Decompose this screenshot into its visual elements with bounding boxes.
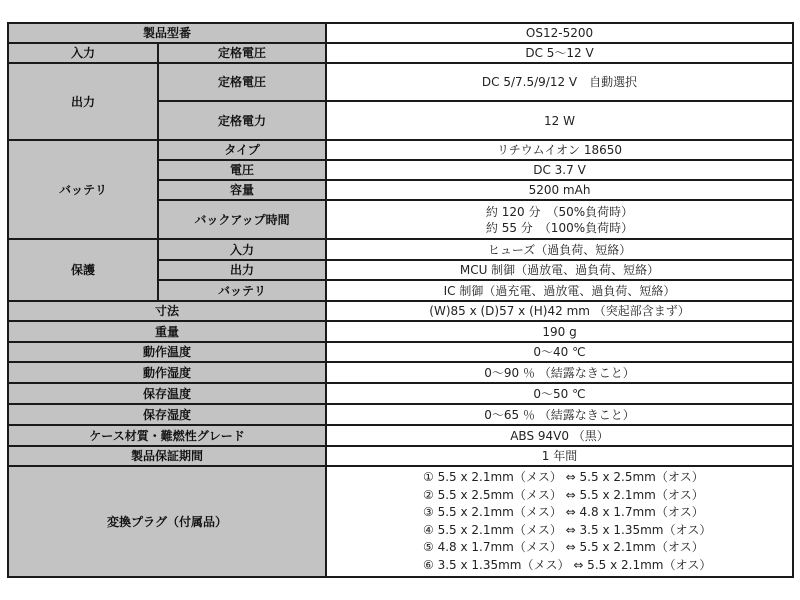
value-battery-capacity: 5200 mAh [326, 180, 793, 200]
label-output-rated-voltage: 定格電圧 [158, 63, 326, 101]
label-model: 製品型番 [8, 23, 326, 43]
group-protection: 保護 [8, 239, 158, 301]
label-battery-voltage: 電圧 [158, 160, 326, 180]
label-operating-humidity: 動作湿度 [8, 362, 326, 383]
plug-item-2: ② 5.5 x 2.5mm（メス） ⇔ 5.5 x 2.1mm（オス） [423, 487, 792, 505]
label-protection-output: 出力 [158, 260, 326, 280]
value-warranty: 1 年間 [326, 446, 793, 466]
value-storage-temp: 0〜50 ℃ [326, 383, 793, 404]
label-battery-type: タイプ [158, 140, 326, 160]
value-model: OS12-5200 [326, 23, 793, 43]
row-plugs: 変換プラグ（付属品） ① 5.5 x 2.1mm（メス） ⇔ 5.5 x 2.5… [8, 466, 793, 577]
value-plugs: ① 5.5 x 2.1mm（メス） ⇔ 5.5 x 2.5mm（オス） ② 5.… [326, 466, 793, 577]
label-warranty: 製品保証期間 [8, 446, 326, 466]
group-output: 出力 [8, 63, 158, 140]
value-operating-temp: 0〜40 ℃ [326, 342, 793, 362]
label-operating-temp: 動作温度 [8, 342, 326, 362]
value-dimensions: (W)85 x (D)57 x (H)42 mm （突起部含まず） [326, 301, 793, 321]
label-plugs: 変換プラグ（付属品） [8, 466, 326, 577]
row-battery-type: バッテリ タイプ リチウムイオン 18650 [8, 140, 793, 160]
row-operating-temp: 動作温度 0〜40 ℃ [8, 342, 793, 362]
row-operating-humidity: 動作湿度 0〜90 ％ （結露なきこと） [8, 362, 793, 383]
label-storage-temp: 保存温度 [8, 383, 326, 404]
spec-table: 製品型番 OS12-5200 入力 定格電圧 DC 5〜12 V 出力 定格電圧… [7, 22, 794, 578]
row-output-rated-voltage: 出力 定格電圧 DC 5/7.5/9/12 V 自動選択 [8, 63, 793, 101]
value-case-material: ABS 94V0 （黒） [326, 425, 793, 446]
value-protection-input: ヒューズ（過負荷、短絡） [326, 239, 793, 260]
group-input: 入力 [8, 43, 158, 63]
label-case-material: ケース材質・難燃性グレード [8, 425, 326, 446]
value-output-rated-voltage: DC 5/7.5/9/12 V 自動選択 [326, 63, 793, 101]
value-weight: 190 g [326, 321, 793, 342]
row-input-rated-voltage: 入力 定格電圧 DC 5〜12 V [8, 43, 793, 63]
label-dimensions: 寸法 [8, 301, 326, 321]
backup-line-50: 約 120 分 （50%負荷時） [327, 204, 792, 220]
value-operating-humidity: 0〜90 ％ （結露なきこと） [326, 362, 793, 383]
label-protection-input: 入力 [158, 239, 326, 260]
label-weight: 重量 [8, 321, 326, 342]
value-battery-backup: 約 120 分 （50%負荷時） 約 55 分 （100%負荷時） [326, 200, 793, 239]
plug-item-6: ⑥ 3.5 x 1.35mm（メス） ⇔ 5.5 x 2.1mm（オス） [423, 557, 792, 575]
value-input-rated-voltage: DC 5〜12 V [326, 43, 793, 63]
value-output-rated-power: 12 W [326, 101, 793, 140]
label-input-rated-voltage: 定格電圧 [158, 43, 326, 63]
label-storage-humidity: 保存湿度 [8, 404, 326, 425]
label-battery-capacity: 容量 [158, 180, 326, 200]
row-weight: 重量 190 g [8, 321, 793, 342]
label-battery-backup: バックアップ時間 [158, 200, 326, 239]
plug-item-4: ④ 5.5 x 2.1mm（メス） ⇔ 3.5 x 1.35mm（オス） [423, 522, 792, 540]
plug-item-5: ⑤ 4.8 x 1.7mm（メス） ⇔ 5.5 x 2.1mm（オス） [423, 539, 792, 557]
row-protection-input: 保護 入力 ヒューズ（過負荷、短絡） [8, 239, 793, 260]
row-case-material: ケース材質・難燃性グレード ABS 94V0 （黒） [8, 425, 793, 446]
group-battery: バッテリ [8, 140, 158, 239]
value-protection-battery: IC 制御（過充電、過放電、過負荷、短絡） [326, 280, 793, 301]
label-protection-battery: バッテリ [158, 280, 326, 301]
value-protection-output: MCU 制御（過放電、過負荷、短絡） [326, 260, 793, 280]
row-warranty: 製品保証期間 1 年間 [8, 446, 793, 466]
plug-item-1: ① 5.5 x 2.1mm（メス） ⇔ 5.5 x 2.5mm（オス） [423, 469, 792, 487]
row-dimensions: 寸法 (W)85 x (D)57 x (H)42 mm （突起部含まず） [8, 301, 793, 321]
plug-item-3: ③ 5.5 x 2.1mm（メス） ⇔ 4.8 x 1.7mm（オス） [423, 504, 792, 522]
backup-line-100: 約 55 分 （100%負荷時） [327, 220, 792, 236]
value-battery-voltage: DC 3.7 V [326, 160, 793, 180]
value-storage-humidity: 0〜65 ％ （結露なきこと） [326, 404, 793, 425]
row-storage-humidity: 保存湿度 0〜65 ％ （結露なきこと） [8, 404, 793, 425]
label-output-rated-power: 定格電力 [158, 101, 326, 140]
value-battery-type: リチウムイオン 18650 [326, 140, 793, 160]
row-model: 製品型番 OS12-5200 [8, 23, 793, 43]
row-storage-temp: 保存温度 0〜50 ℃ [8, 383, 793, 404]
